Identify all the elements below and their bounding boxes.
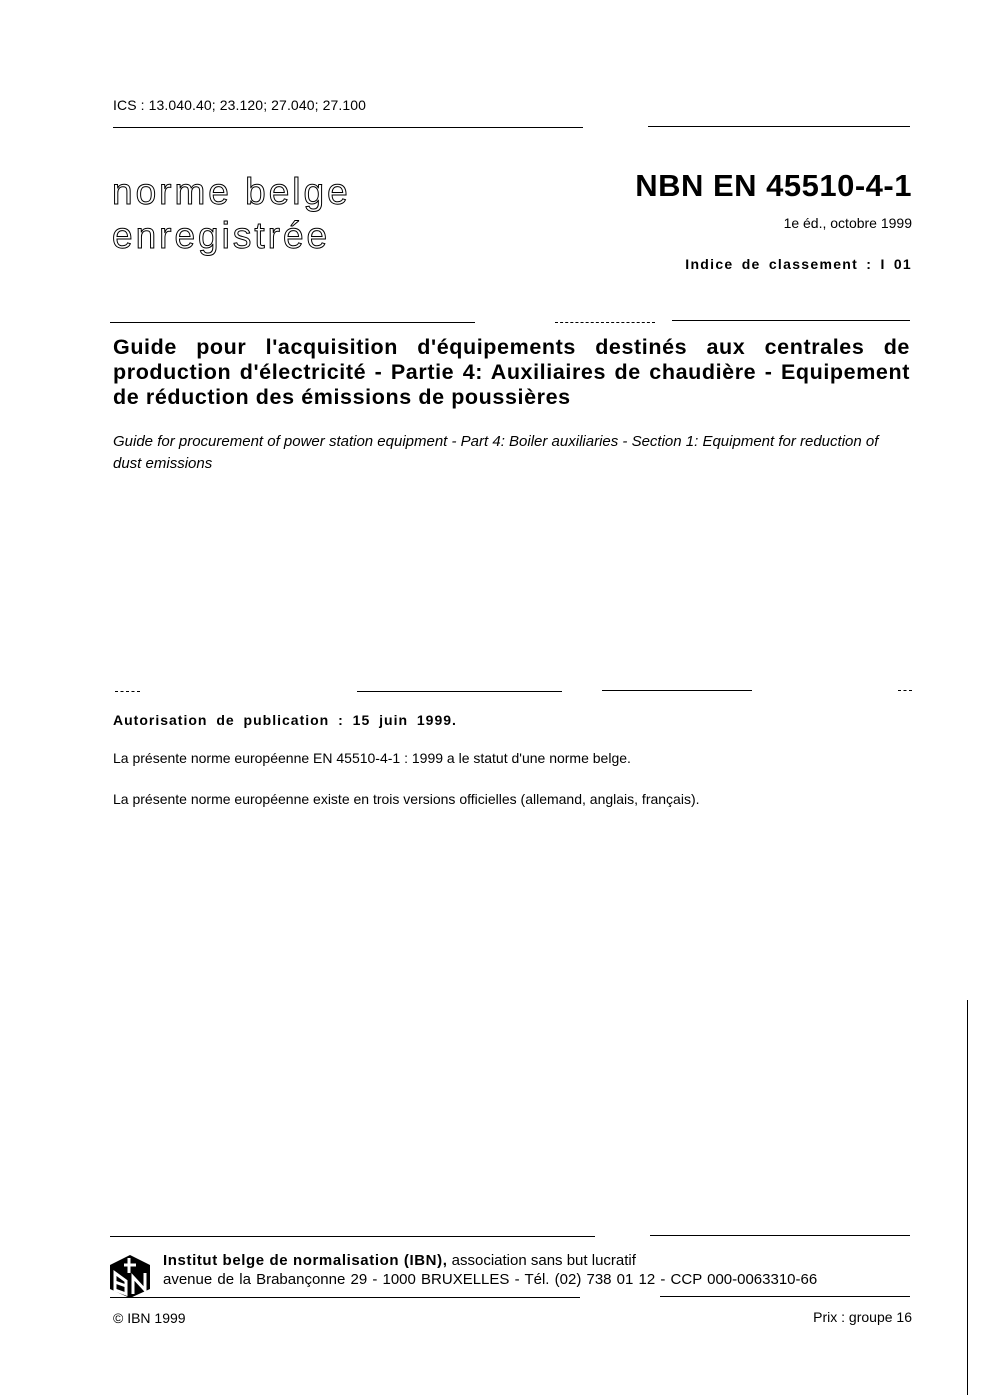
institute-address: avenue de la Brabançonne 29 - 1000 BRUXE… [163, 1271, 817, 1288]
divider [357, 691, 562, 692]
document-title-french: Guide pour l'acquisition d'équipements d… [113, 335, 910, 410]
classification-index: Indice de classement : I 01 [685, 256, 912, 272]
divider [660, 1296, 910, 1297]
scan-edge-line [967, 1000, 968, 1395]
divider [602, 690, 752, 691]
institute-line: Institut belge de normalisation (IBN), a… [163, 1252, 636, 1269]
divider [115, 691, 140, 692]
label-line-2: enregistrée [112, 214, 351, 258]
standard-number: NBN EN 45510-4-1 [635, 168, 912, 204]
divider [110, 322, 475, 323]
institute-type: association sans but lucratif [447, 1252, 635, 1269]
divider [648, 126, 910, 127]
divider [672, 320, 910, 321]
document-title-english: Guide for procurement of power station e… [113, 431, 910, 475]
divider [110, 1297, 580, 1298]
publication-authorization: Autorisation de publication : 15 juin 19… [113, 712, 457, 728]
price-group: Prix : groupe 16 [813, 1309, 912, 1325]
institute-name: Institut belge de normalisation (IBN), [163, 1252, 447, 1269]
divider [555, 322, 655, 323]
divider [113, 127, 583, 128]
ics-codes: ICS : 13.040.40; 23.120; 27.040; 27.100 [113, 97, 366, 113]
label-line-1: norme belge [112, 170, 351, 214]
divider [898, 690, 912, 691]
edition-date: 1e éd., octobre 1999 [784, 215, 912, 231]
divider [110, 1236, 595, 1237]
copyright: © IBN 1999 [113, 1310, 186, 1326]
status-statement: La présente norme européenne EN 45510-4-… [113, 750, 631, 766]
ibn-cube-logo-icon [107, 1253, 153, 1299]
divider [650, 1235, 910, 1236]
registered-standard-label: norme belge enregistrée [112, 170, 351, 258]
versions-statement: La présente norme européenne existe en t… [113, 791, 700, 807]
